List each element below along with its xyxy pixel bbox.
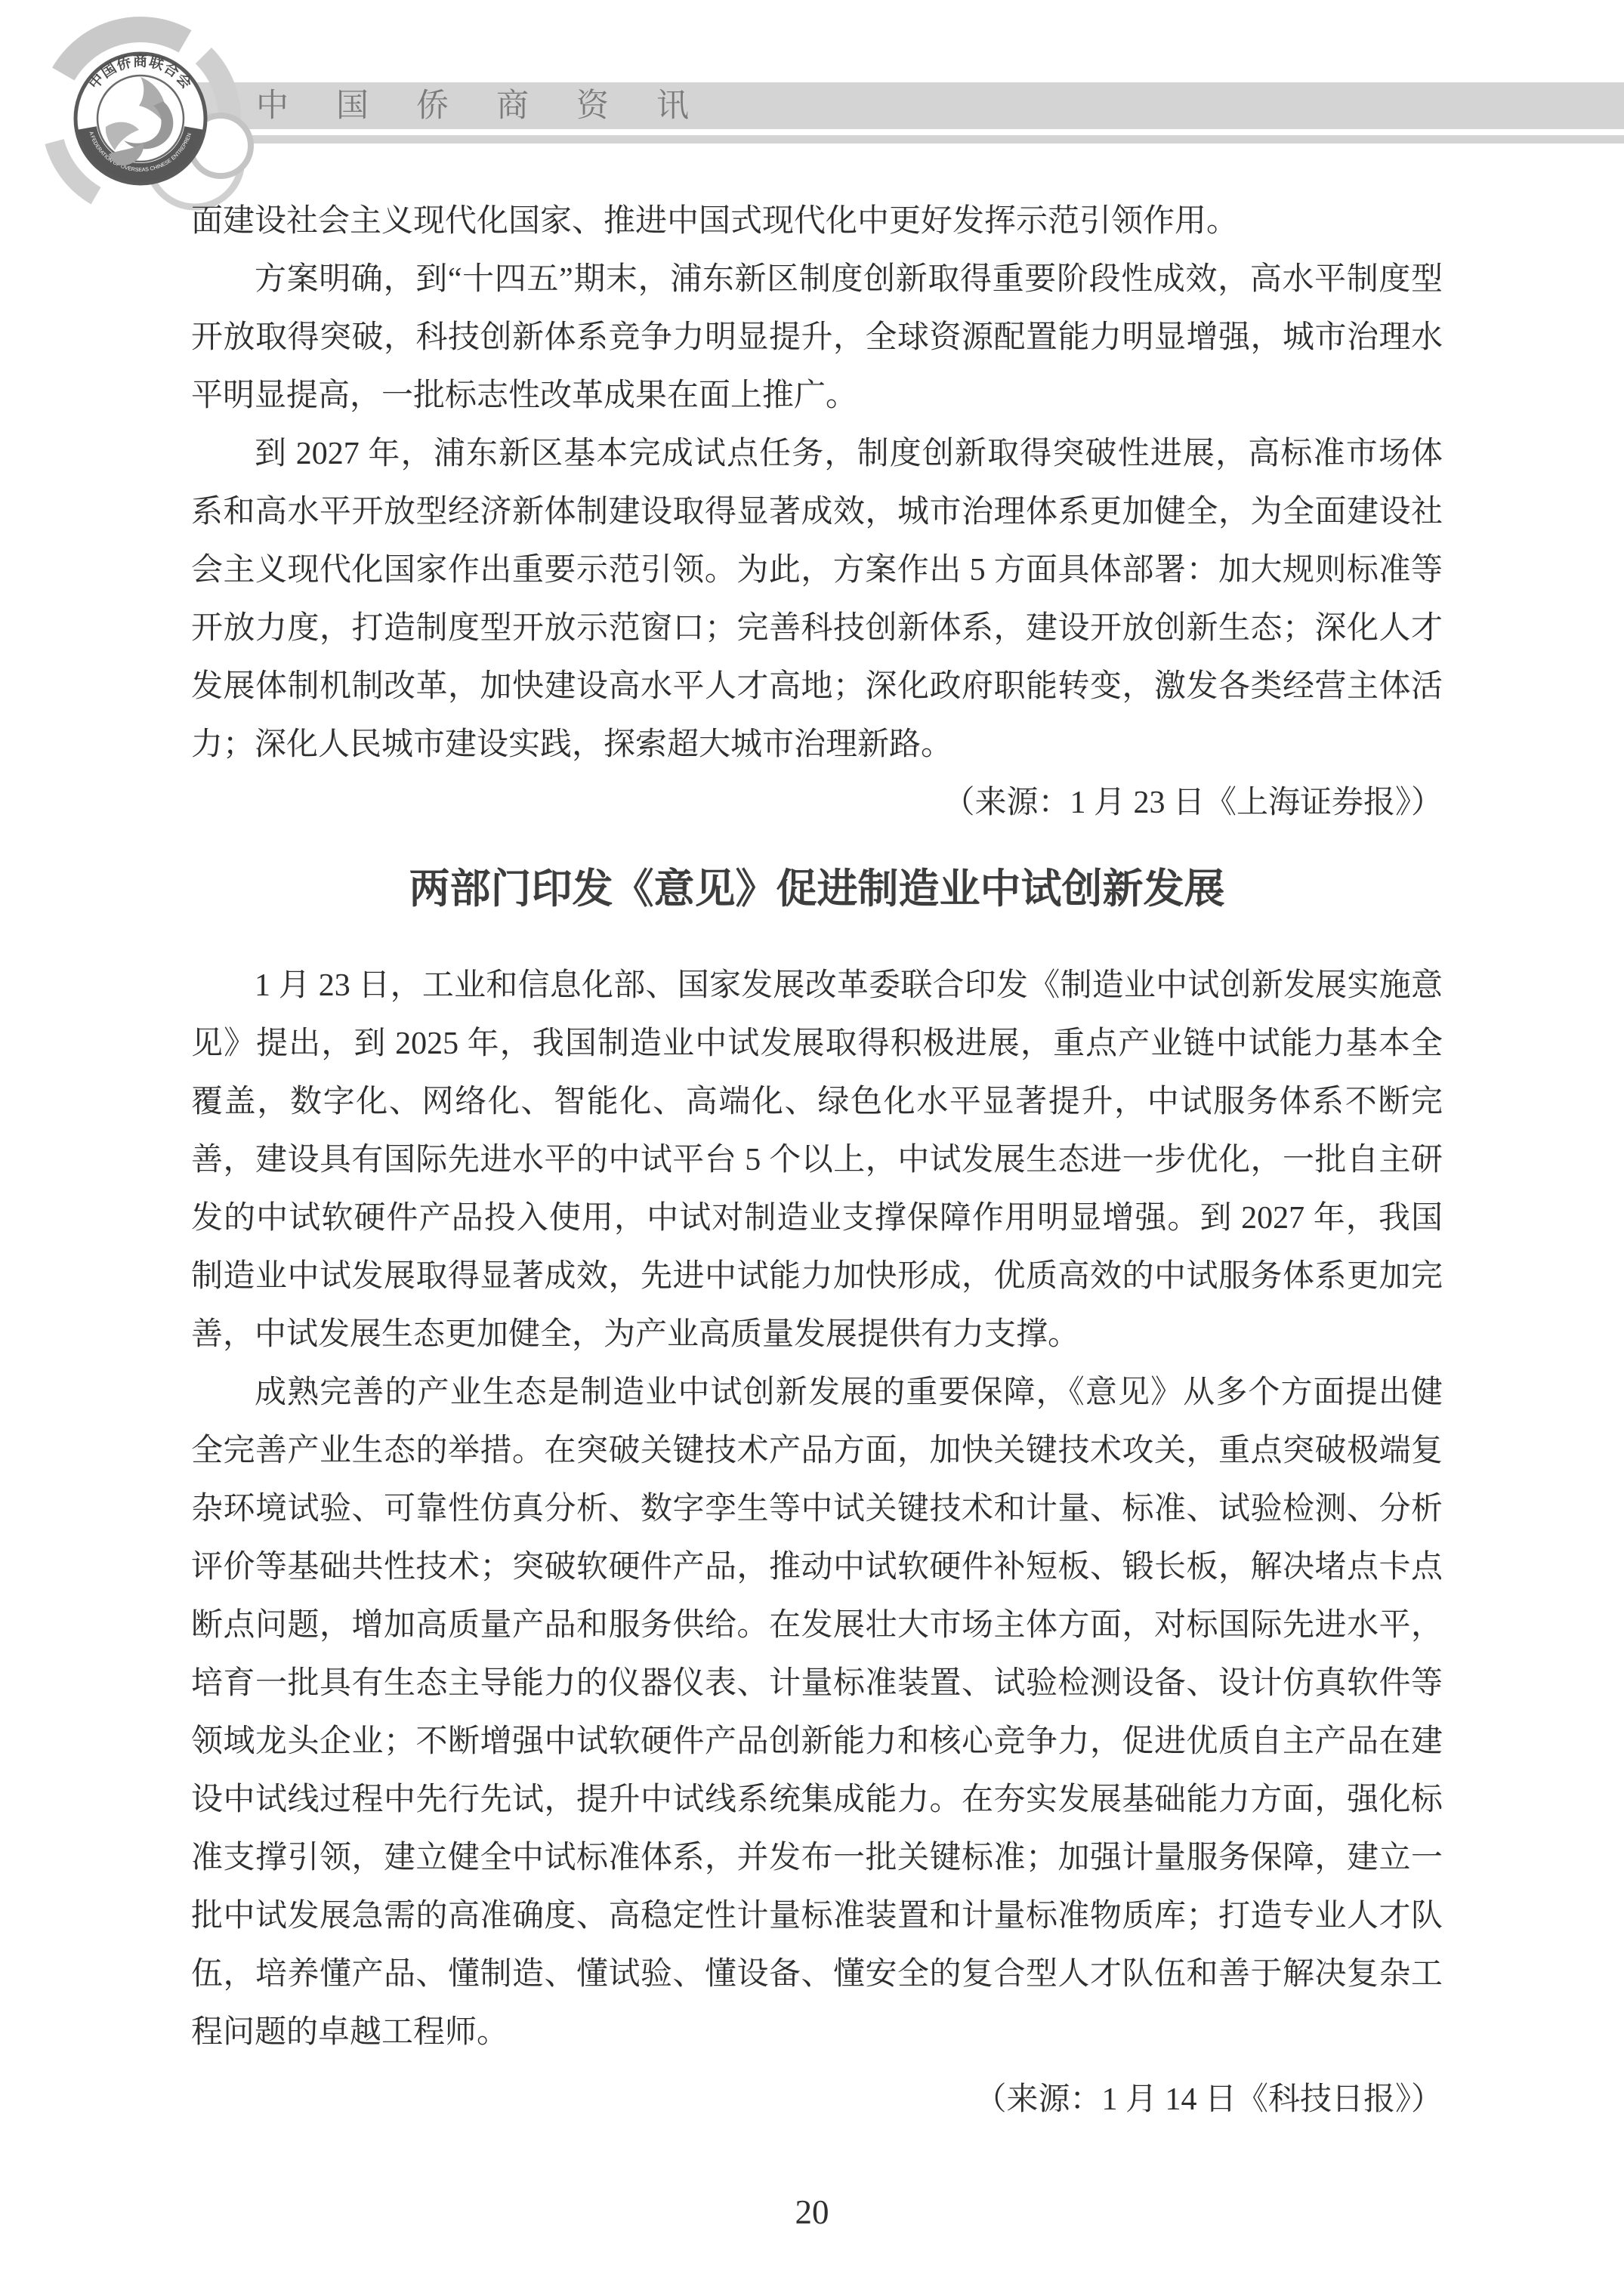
- article2-source: （来源：1 月 14 日《科技日报》）: [191, 2071, 1443, 2129]
- page-number: 20: [0, 2193, 1624, 2232]
- paragraph: 面建设社会主义现代化国家、推进中国式现代化中更好发挥示范引领作用。: [191, 193, 1443, 251]
- article-content: 面建设社会主义现代化国家、推进中国式现代化中更好发挥示范引领作用。 方案明确，到…: [191, 193, 1443, 2129]
- article1-source: （来源：1 月 23 日《上海证券报》）: [943, 774, 1443, 832]
- paragraph: 到 2027 年，浦东新区基本完成试点任务，制度创新取得突破性进展，高标准市场体…: [191, 425, 1443, 774]
- header-title: 中国侨商资讯: [256, 82, 736, 129]
- document-page: 中国侨商资讯 中国侨商联合会 CHINA FEDERAT: [0, 0, 1624, 2293]
- article2-title: 两部门印发《意见》促进制造业中试创新发展: [191, 859, 1443, 919]
- header-band-shadow: [227, 135, 1624, 144]
- paragraph-text: 到 2027 年，浦东新区基本完成试点任务，制度创新取得突破性进展，高标准市场体…: [191, 437, 1443, 762]
- paragraph: 方案明确，到“十四五”期末，浦东新区制度创新取得重要阶段性成效，高水平制度型开放…: [191, 251, 1443, 425]
- paragraph: 1 月 23 日，工业和信息化部、国家发展改革委联合印发《制造业中试创新发展实施…: [191, 957, 1443, 1364]
- paragraph: 成熟完善的产业生态是制造业中试创新发展的重要保障，《意见》从多个方面提出健全完善…: [191, 1364, 1443, 2062]
